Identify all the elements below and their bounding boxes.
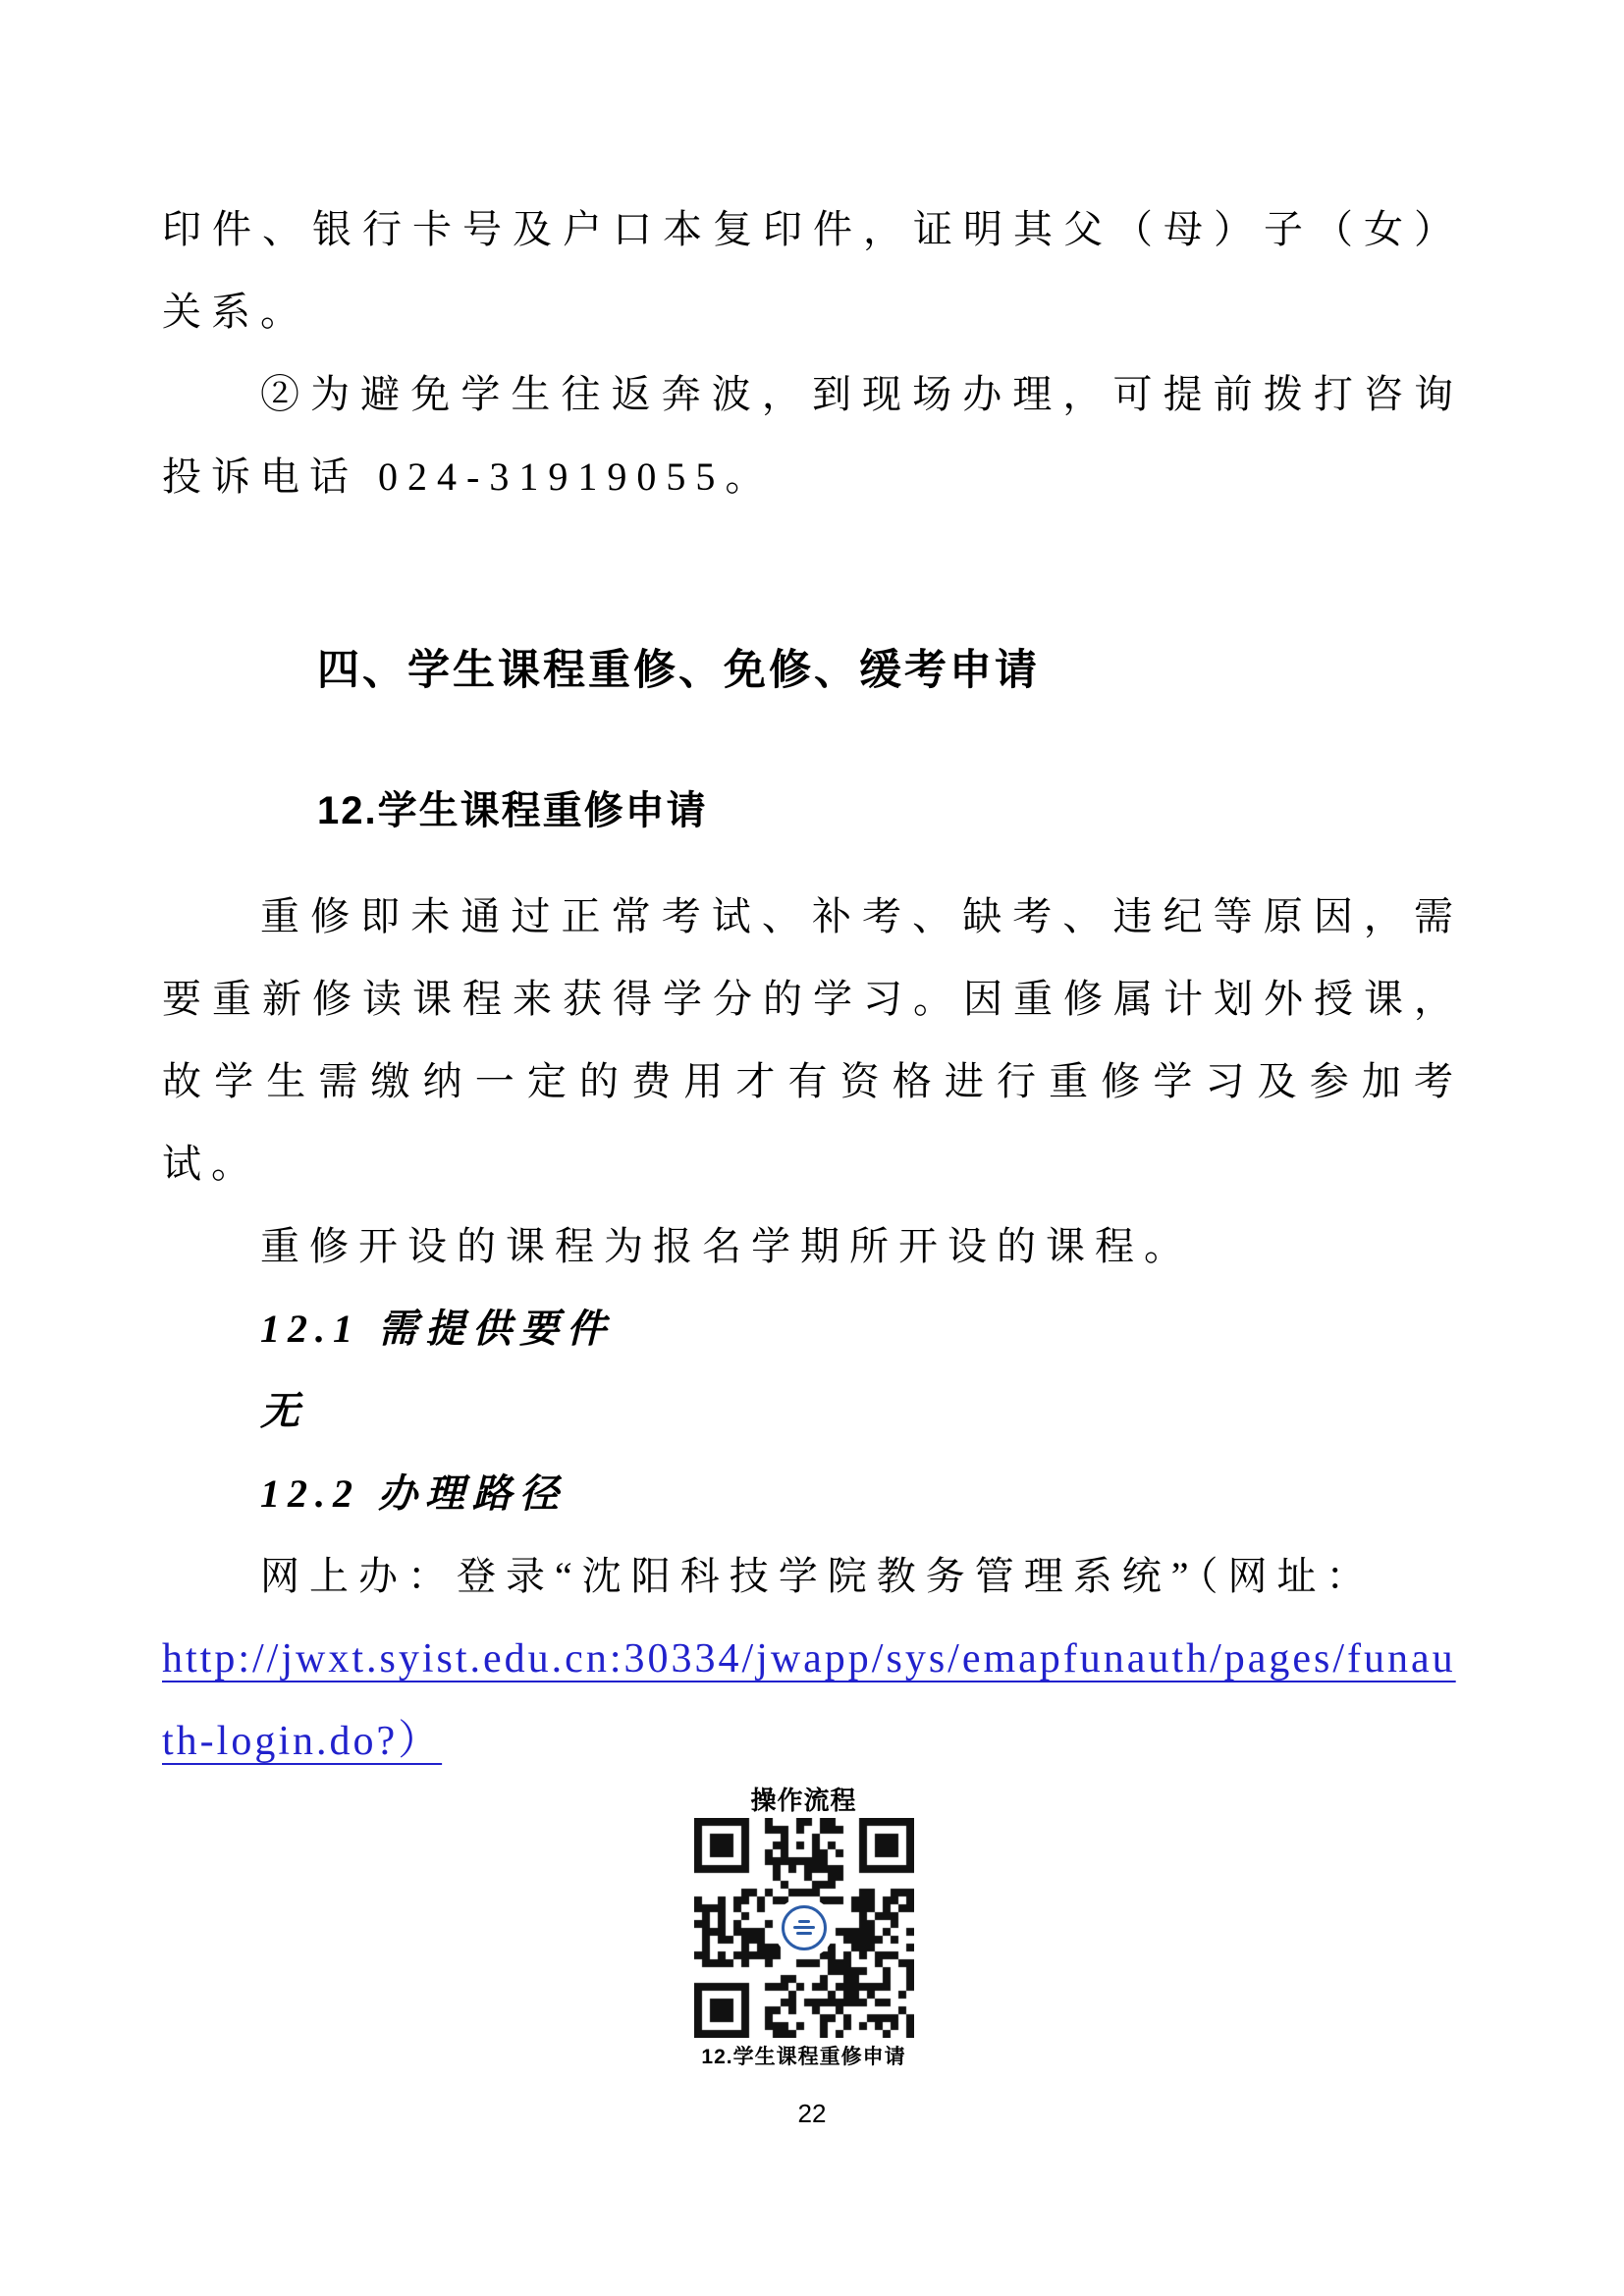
heading-12-2-path: 12.2 办理路径 xyxy=(162,1453,1463,1535)
sub-heading-12: 12.学生课程重修申请 xyxy=(162,781,1463,840)
qr-caption: 12.学生课程重修申请 xyxy=(153,2046,1454,2069)
page-number: 22 xyxy=(0,2099,1624,2129)
paragraph-certificates: 印件、银行卡号及户口本复印件，证明其父（母）子（女）关系。 xyxy=(162,188,1463,353)
paragraph-online-portal: 网上办：登录“沈阳科技学院教务管理系统”（网址： xyxy=(162,1535,1463,1618)
school-logo-icon xyxy=(774,1897,835,1958)
section-body: 重修即未通过正常考试、补考、缺考、违纪等原因，需要重新修读课程来获得学分的学习。… xyxy=(162,876,1463,1783)
portal-link[interactable]: http://jwxt.syist.edu.cn:30334/jwapp/sys… xyxy=(162,1636,1456,1764)
qr-section: 操作流程 12.学生课程重修申请 xyxy=(153,1787,1454,2069)
document-page: 印件、银行卡号及户口本复印件，证明其父（母）子（女）关系。 ②为避免学生往返奔波… xyxy=(0,0,1624,2296)
none-text: 无 xyxy=(162,1370,1463,1453)
school-logo-ring xyxy=(782,1905,827,1950)
paragraph-retake-courses: 重修开设的课程为报名学期所开设的课程。 xyxy=(162,1205,1463,1288)
heading-12-1-requirements: 12.1 需提供要件 xyxy=(162,1288,1463,1370)
page-content: 印件、银行卡号及户口本复印件，证明其父（母）子（女）关系。 ②为避免学生往返奔波… xyxy=(162,188,1463,2069)
paragraph-notice-phone: ②为避免学生往返奔波，到现场办理，可提前拨打咨询投诉电话 024-3191905… xyxy=(162,353,1463,518)
qr-title: 操作流程 xyxy=(153,1787,1454,1814)
paragraph-retake-intro: 重修即未通过正常考试、补考、缺考、违纪等原因，需要重新修读课程来获得学分的学习。… xyxy=(162,876,1463,1205)
qr-wrap xyxy=(694,1818,914,2038)
school-logo-mark xyxy=(793,1920,815,1936)
portal-url-paragraph: http://jwxt.syist.edu.cn:30334/jwapp/sys… xyxy=(162,1618,1463,1783)
section-heading: 四、学生课程重修、免修、缓考申请 xyxy=(162,636,1463,705)
